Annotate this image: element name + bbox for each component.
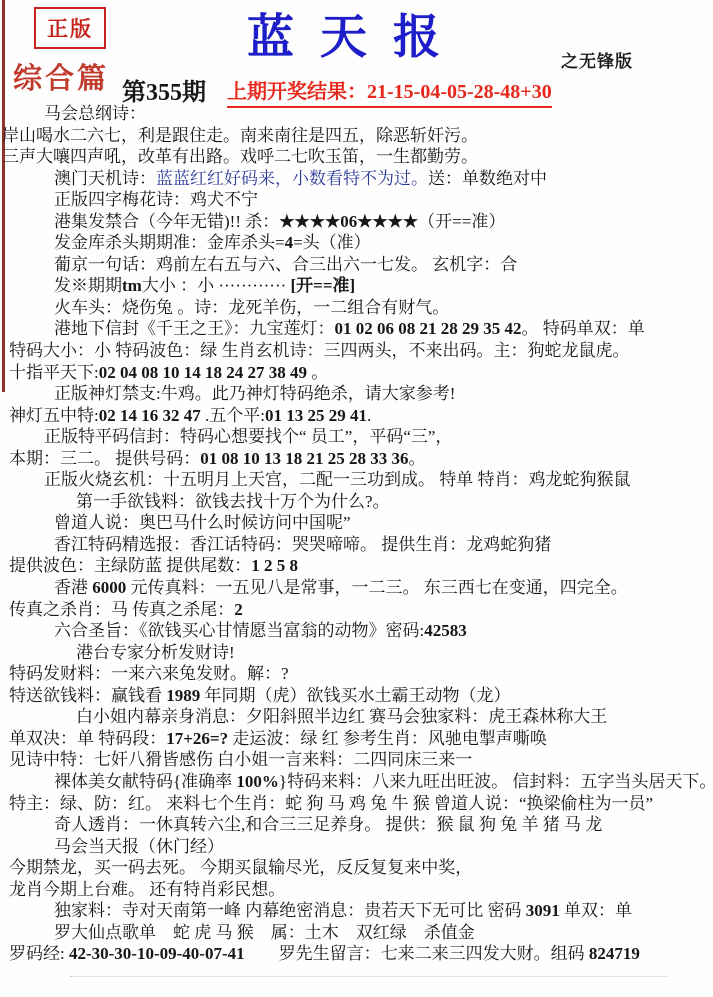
report-line: 马会当天报（休门经） <box>8 836 713 858</box>
report-line: 特主：绿、防：红。 来料七个生肖：蛇 狗 马 鸡 兔 牛 猴 曾道人说：“换梁偷… <box>8 793 713 815</box>
report-line: 澳门天机诗：蓝蓝红红好码来，小数看特不为过。送：单数绝对中 <box>8 168 713 190</box>
page-title: 蓝天报 <box>247 0 466 67</box>
line-segment: 02 04 08 10 14 18 24 27 38 49 <box>99 363 307 382</box>
line-segment: 港集发禁合（今年无错)!! 杀： <box>54 212 279 231</box>
newspaper-page: 正版 蓝天报 之无锋版 综合篇 第355期 上期开奖结果：21-15-04-05… <box>0 0 713 997</box>
report-line: 火车头：烧伤兔 。诗：龙死羊伤，一二组合有财气。 <box>8 297 713 319</box>
line-segment: 岸山喝水二六七，利是跟住走。南来南往是四五，除恶斩奸污。 <box>2 126 478 145</box>
line-segment: 马会总纲诗： <box>44 104 146 123</box>
report-line: 发金库杀头期期准：金库杀头=4=头（准） <box>8 232 713 254</box>
report-line: 神灯五中特:02 14 16 32 47 .五个平:01 13 25 29 41… <box>8 405 713 427</box>
line-segment: 罗码经: <box>9 944 69 963</box>
line-segment: 香港 <box>54 578 92 597</box>
report-line: 提供波色：主绿防蓝 提供尾数：1 2 5 8 <box>8 555 713 577</box>
report-line: 六合圣旨：《欲钱买心甘情愿当富翁的动物》密码:42583 <box>8 620 713 642</box>
report-line: 葡京一句话：鸡前左右五与六、合三出六一七发。 玄机字：合 <box>8 254 713 276</box>
line-segment: 42583 <box>424 621 467 640</box>
line-segment: tm <box>122 276 142 295</box>
line-segment: 大小 ：小 ············ <box>142 276 291 295</box>
line-segment: 火车头：烧伤兔 。诗：龙死羊伤，一二组合有财气。 <box>54 298 449 317</box>
line-segment: 特码发财料：一来六来兔发财。解：? <box>9 664 289 683</box>
report-line: 正版神灯禁支:牛鸡。此乃神灯特码绝杀，请大家参考! <box>8 383 713 405</box>
line-segment: 元传真料：一五见八是常事，一二三。 东三西七在变通，四完全。 <box>126 578 628 597</box>
line-segment: 02 14 16 32 47 <box>99 406 201 425</box>
line-segment: 马会当天报（休门经） <box>54 837 224 856</box>
line-segment: 澳门天机诗： <box>54 169 156 188</box>
report-line: 今期禁龙，买一码去死。 今期买鼠输尽光，反反复复来中奖， <box>8 857 713 879</box>
line-segment: 单双决：单 特码段： <box>9 729 166 748</box>
line-segment: 100% <box>236 772 279 791</box>
line-segment: 送：单数绝对中 <box>428 169 547 188</box>
report-line: 正版火烧玄机：十五明月上天宫，二配一三功到成。 特单 特肖：鸡龙蛇狗猴鼠 <box>8 469 713 491</box>
line-segment: 01 08 10 13 18 21 25 28 33 36 <box>200 449 408 468</box>
line-segment: 罗先生留言：七来二来三四发大财。组码 <box>245 944 589 963</box>
bottom-divider <box>70 976 668 977</box>
report-line: 港集发禁合（今年无错)!! 杀：★★★★06★★★★（开==准） <box>8 211 713 233</box>
line-segment: 正版四字梅花诗：鸡犬不宁 <box>54 190 258 209</box>
line-segment: 。 特码单双：单 <box>522 319 645 338</box>
report-line: 罗大仙点歌单 蛇 虎 马 猴 属：土木 双红绿 杀值金 <box>8 922 713 944</box>
line-segment: 发金库杀头期期准：金库杀头= <box>54 233 285 252</box>
line-segment: 三声大嚷四声吼，改革有出路。戏呼二七吹玉笛，一生都勤劳。 <box>2 147 478 166</box>
line-segment: 罗大仙点歌单 蛇 虎 马 猴 属：土木 双红绿 杀值金 <box>54 923 475 942</box>
line-segment: =头（准） <box>293 233 371 252</box>
authentic-badge: 正版 <box>34 7 106 49</box>
report-line: 特码大小：小 特码波色：绿 生肖玄机诗：三四两头，不来出码。主：狗蛇龙鼠虎。 <box>8 340 713 362</box>
report-line: 传真之杀肖：马 传真之杀尾：2 <box>8 599 713 621</box>
line-segment: 神灯五中特: <box>9 406 99 425</box>
report-line: 见诗中特：七奸八猾皆感伤 白小姐一言来料：二四同床三来一 <box>8 749 713 771</box>
line-segment: 裸体美女献特码{准确率 <box>54 772 236 791</box>
report-line: 香港 6000 元传真料：一五见八是常事，一二三。 东三西七在变通，四完全。 <box>8 577 713 599</box>
report-line: 马会总纲诗： <box>8 103 713 125</box>
line-segment: [开==准] <box>291 276 356 295</box>
report-line: 发※期期tm大小 ：小 ············ [开==准] <box>8 275 713 297</box>
report-line: 十指平天下:02 04 08 10 14 18 24 27 38 49 。 <box>8 362 713 384</box>
line-segment: 01 02 06 08 21 28 29 35 42 <box>335 319 522 338</box>
report-line: 特码发财料：一来六来兔发财。解：? <box>8 663 713 685</box>
line-segment: 葡京一句话：鸡前左右五与六、合三出六一七发。 玄机字：合 <box>54 255 517 274</box>
line-segment: 奇人透肖：一休真转六尘,和合三三足养身。 提供：猴 鼠 狗 兔 羊 猪 马 龙 <box>54 815 602 834</box>
report-line: 罗码经: 42-30-30-10-09-40-07-41 罗先生留言：七来二来三… <box>8 943 713 965</box>
line-segment: 正版火烧玄机：十五明月上天宫，二配一三功到成。 特单 特肖：鸡龙蛇狗猴鼠 <box>44 470 631 489</box>
report-line: 奇人透肖：一休真转六尘,和合三三足养身。 提供：猴 鼠 狗 兔 羊 猪 马 龙 <box>8 814 713 836</box>
report-line: 特送欲钱料：赢钱看 1989 年同期（虎）欲钱买水土霸王动物（龙） <box>8 685 713 707</box>
report-line: 龙肖今期上台难。 还有特肖彩民想。 <box>8 879 713 901</box>
line-segment: 见诗中特：七奸八猾皆感伤 白小姐一言来料：二四同床三来一 <box>9 750 472 769</box>
line-segment: 传真之杀肖：马 传真之杀尾： <box>9 600 234 619</box>
line-segment: 港台专家分析发财诗! <box>76 643 235 662</box>
report-line: 本期：三二。 提供号码：01 08 10 13 18 21 25 28 33 3… <box>8 448 713 470</box>
line-segment: 6000 <box>92 578 126 597</box>
line-segment: ★★★★06★★★★ <box>279 212 418 231</box>
line-segment: . <box>367 406 371 425</box>
line-segment: 2 <box>234 600 243 619</box>
report-line: 裸体美女献特码{准确率 100%}特码来料：八来九旺出旺波。 信封料：五字当头居… <box>8 771 713 793</box>
line-segment: 龙肖今期上台难。 还有特肖彩民想。 <box>9 880 285 899</box>
report-line: 曾道人说：奥巴马什么时候访问中国呢” <box>8 512 713 534</box>
report-line: 港台专家分析发财诗! <box>8 642 713 664</box>
report-line: 第一手欲钱料：欲钱去找十万个为什么?。 <box>8 491 713 513</box>
line-segment: 今期禁龙，买一码去死。 今期买鼠输尽光，反反复复来中奖， <box>9 858 472 877</box>
line-segment: 第一手欲钱料：欲钱去找十万个为什么?。 <box>76 492 390 511</box>
line-segment: 。 <box>307 363 328 382</box>
report-line: 三声大嚷四声吼，改革有出路。戏呼二七吹玉笛，一生都勤劳。 <box>1 146 713 168</box>
line-segment: 提供波色：主绿防蓝 提供尾数： <box>9 556 251 575</box>
line-segment: 香江特码精选报：香江话特码：哭哭啼啼。 提供生肖：龙鸡蛇狗猪 <box>54 535 551 554</box>
report-line: 港地下信封《千王之王》：九宝莲灯：01 02 06 08 21 28 29 35… <box>8 318 713 340</box>
line-segment: 发※期期 <box>54 276 122 295</box>
line-segment: 1989 <box>166 686 200 705</box>
line-segment: 特主：绿、防：红。 来料七个生肖：蛇 狗 马 鸡 兔 牛 猴 曾道人说：“换梁偷… <box>9 794 653 813</box>
line-segment: 3091 <box>526 901 560 920</box>
report-line: 正版特平码信封：特码心想要找个“ 员工”，平码“三”， <box>8 426 713 448</box>
line-segment: 特码大小：小 特码波色：绿 生肖玄机诗：三四两头，不来出码。主：狗蛇龙鼠虎。 <box>9 341 630 360</box>
line-segment: 17+26=? <box>166 729 228 748</box>
line-segment: 特送欲钱料：赢钱看 <box>9 686 166 705</box>
report-line: 独家料：寺对天南第一峰 内幕绝密消息：贵若天下无可比 密码 3091 单双：单 <box>8 900 713 922</box>
edition-label: 之无锋版 <box>561 47 633 72</box>
report-line: 单双决：单 特码段：17+26=? 走运波：绿 红 参考生肖：风驰电掣声嘶唤 <box>8 728 713 750</box>
line-segment: 42-30-30-10-09-40-07-41 <box>69 944 245 963</box>
line-segment: 蓝蓝红红好码来，小数看特不为过。 <box>156 169 428 188</box>
line-segment: （开==准） <box>418 212 505 231</box>
line-segment: 曾道人说：奥巴马什么时候访问中国呢” <box>54 513 351 532</box>
line-segment: 走运波：绿 红 参考生肖：风驰电掣声嘶唤 <box>228 729 547 748</box>
line-segment: 01 13 25 29 41 <box>265 406 367 425</box>
issue-number: 第355期 <box>122 72 206 107</box>
report-body: 马会总纲诗：岸山喝水二六七，利是跟住走。南来南往是四五，除恶斩奸污。三声大嚷四声… <box>8 103 713 965</box>
section-title: 综合篇 <box>13 56 109 97</box>
line-segment: }特码来料：八来九旺出旺波。 信封料：五字当头居天下。 <box>279 772 713 791</box>
line-segment: 十指平天下: <box>9 363 99 382</box>
report-line: 正版四字梅花诗：鸡犬不宁 <box>8 189 713 211</box>
line-segment: 正版特平码信封：特码心想要找个“ 员工”，平码“三”， <box>44 427 452 446</box>
line-segment: 单双：单 <box>560 901 632 920</box>
line-segment: .五个平: <box>201 406 265 425</box>
left-margin-rule <box>2 0 5 392</box>
line-segment: 六合圣旨：《欲钱买心甘情愿当富翁的动物》密码: <box>54 621 424 640</box>
authentic-badge-label: 正版 <box>47 17 93 41</box>
line-segment: 。 <box>409 449 426 468</box>
line-segment: 港地下信封《千王之王》：九宝莲灯： <box>54 319 335 338</box>
line-segment: 独家料：寺对天南第一峰 内幕绝密消息：贵若天下无可比 密码 <box>54 901 526 920</box>
line-segment: 年同期（虎）欲钱买水土霸王动物（龙） <box>200 686 510 705</box>
report-line: 白小姐内幕亲身消息：夕阳斜照半边红 赛马会独家料：虎王森林称大王 <box>8 706 713 728</box>
line-segment: 4 <box>285 233 294 252</box>
line-segment: 正版神灯禁支:牛鸡。此乃神灯特码绝杀，请大家参考! <box>54 384 455 403</box>
line-segment: 824719 <box>589 944 640 963</box>
report-line: 香江特码精选报：香江话特码：哭哭啼啼。 提供生肖：龙鸡蛇狗猪 <box>8 534 713 556</box>
line-segment: 本期：三二。 提供号码： <box>9 449 200 468</box>
line-segment: 白小姐内幕亲身消息：夕阳斜照半边红 赛马会独家料：虎王森林称大王 <box>76 707 607 726</box>
report-line: 岸山喝水二六七，利是跟住走。南来南往是四五，除恶斩奸污。 <box>1 125 713 147</box>
line-segment: 1 2 5 8 <box>251 556 298 575</box>
